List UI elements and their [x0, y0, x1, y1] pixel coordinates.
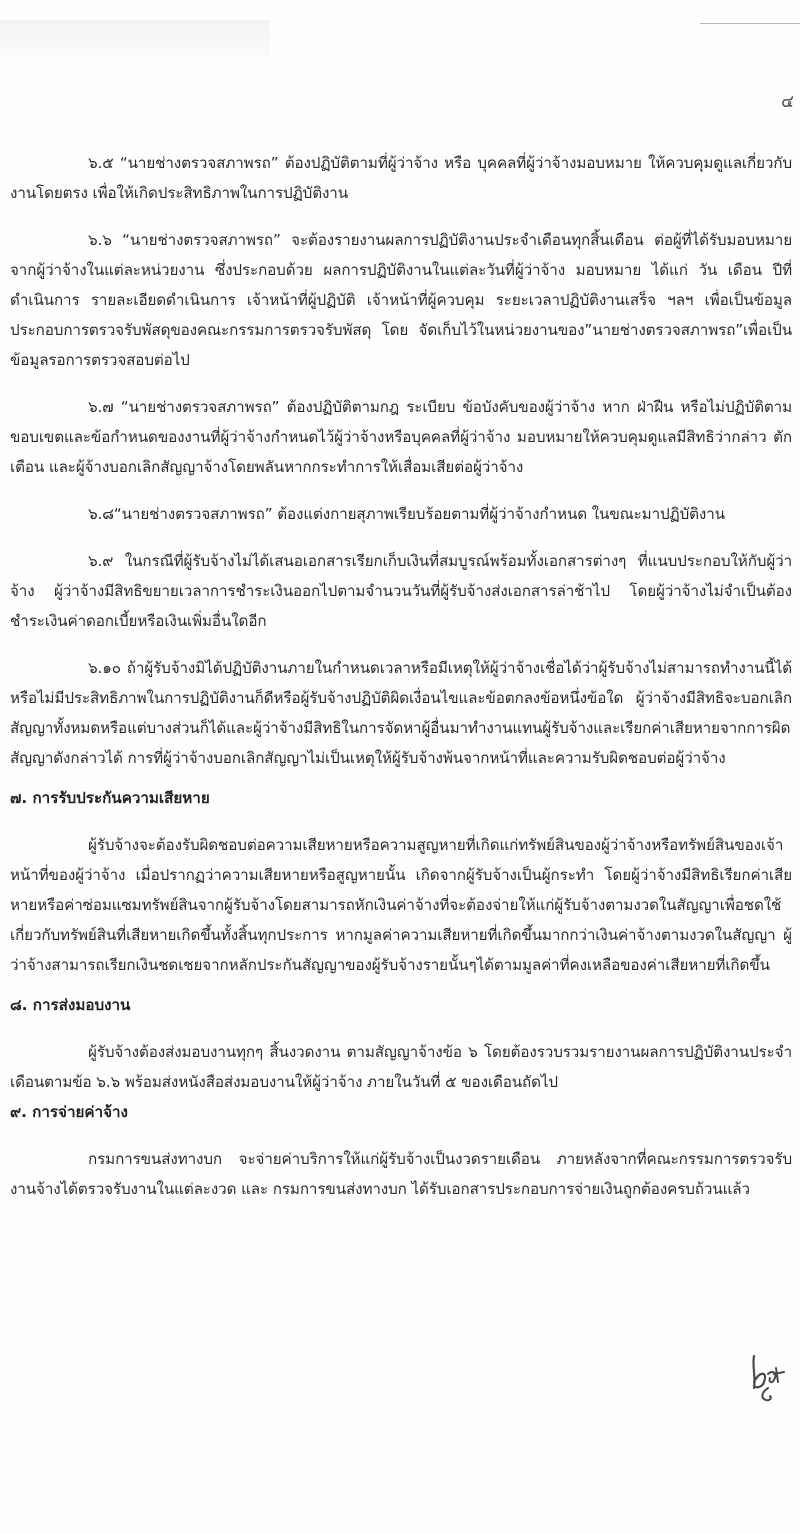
scan-edge-line	[700, 23, 800, 24]
clause-6-7: ๖.๗ “นายช่างตรวจสภาพรถ” ต้องปฏิบัติตามกฎ…	[10, 392, 792, 482]
scan-shadow	[0, 20, 270, 70]
clause-6-10: ๖.๑๐ ถ้าผู้รับจ้างมิได้ปฏิบัติงานภายในกำ…	[10, 653, 792, 773]
signature-initials-icon	[742, 1352, 792, 1404]
document-body: ๖.๕ “นายช่างตรวจสภาพรถ” ต้องปฏิบัติตามที…	[10, 148, 792, 1204]
section-9-body: กรมการขนส่งทางบก จะจ่ายค่าบริการให้แก่ผู…	[10, 1144, 792, 1204]
page-number: ๔	[781, 88, 794, 115]
section-8-heading: ๘. การส่งมอบงาน	[10, 990, 792, 1020]
clause-6-8: ๖.๘“นายช่างตรวจสภาพรถ” ต้องแต่งกายสุภาพเ…	[10, 499, 792, 529]
section-9-heading: ๙. การจ่ายค่าจ้าง	[10, 1097, 792, 1127]
clause-6-5: ๖.๕ “นายช่างตรวจสภาพรถ” ต้องปฏิบัติตามที…	[10, 148, 792, 208]
clause-6-9: ๖.๙ ในกรณีที่ผู้รับจ้างไม่ได้เสนอเอกสารเ…	[10, 546, 792, 636]
clause-6-6: ๖.๖ “นายช่างตรวจสภาพรถ” จะต้องรายงานผลกา…	[10, 225, 792, 375]
section-8-body: ผู้รับจ้างต้องส่งมอบงานทุกๆ สิ้นงวดงาน ต…	[10, 1037, 792, 1097]
section-7-body: ผู้รับจ้างจะต้องรับผิดชอบต่อความเสียหายห…	[10, 830, 792, 980]
section-7-heading: ๗. การรับประกันความเสียหาย	[10, 783, 792, 813]
